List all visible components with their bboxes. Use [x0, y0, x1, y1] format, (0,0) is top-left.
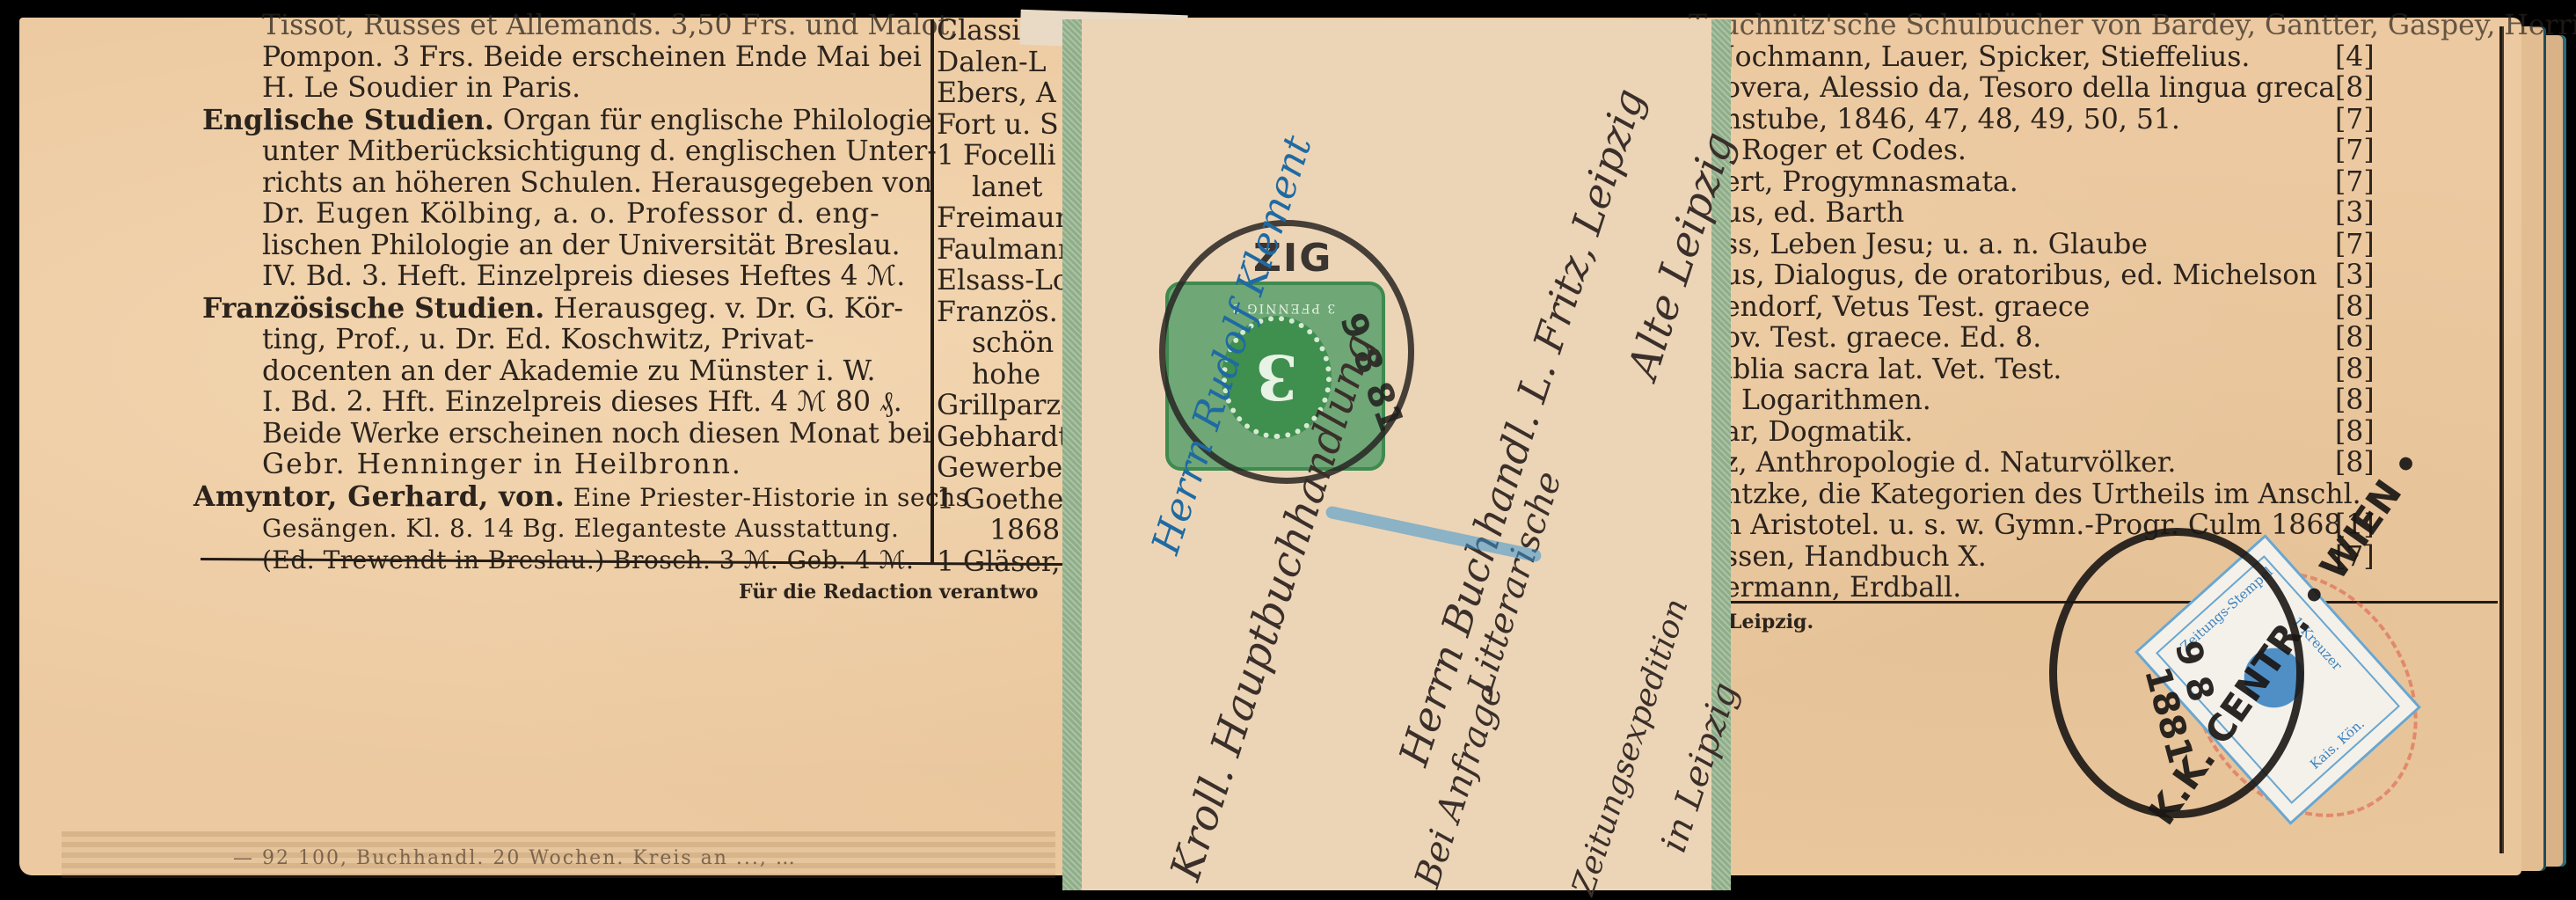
text-line: Gebr. Henninger in Heilbronn.: [202, 450, 932, 481]
editor-footer: Für die Redaction verantwo: [739, 581, 1038, 604]
entry-heading: Amyntor, Gerhard, von.: [193, 480, 565, 513]
column-divider: [930, 19, 934, 563]
bracket-number: [8]: [2335, 417, 2375, 449]
left-column: Tissot, Russes et Allemands. 3,50 Frs. u…: [202, 16, 932, 575]
line-text: ermann, Erdball.: [1724, 572, 1961, 604]
middle-column: Classiker Dalen-L Ebers, A Fort u. S 1 F…: [937, 16, 1064, 578]
text-line: docenten an der Akademie zu Münster i. W…: [202, 356, 932, 388]
bracket-number: [8]: [2335, 355, 2375, 386]
photo-background: — 92 100, Buchhandl. 20 Wochen. Kreis an…: [0, 0, 2576, 900]
text-line: ov. Test. graece. Ed. 8.[8]: [1724, 323, 2392, 355]
bracket-number: [7]: [2335, 167, 2375, 199]
bracket-number: [4]: [2335, 42, 2375, 74]
text-line: overa, Alessio da, Tesoro della lingua g…: [1724, 73, 2392, 105]
text-line: hohe: [937, 360, 1064, 391]
text-line: iblia sacra lat. Vet. Test.[8]: [1724, 355, 2392, 386]
line-text: , Logarithmen.: [1724, 384, 1931, 416]
line-text: ert, Progymnasmata.: [1724, 166, 2018, 198]
line-text: ssen, Handbuch X.: [1724, 541, 1987, 573]
text-line: Elsass-Lo: [937, 266, 1064, 297]
text-line: I. Bd. 2. Hft. Einzelpreis dieses Hft. 4…: [202, 387, 932, 419]
text-line: Dalen-L: [937, 48, 1064, 79]
text-line: , Roger et Codes.[7]: [1724, 135, 2392, 167]
line-text: us, Dialogus, de oratoribus, ed. Michels…: [1724, 260, 2317, 291]
text-line: lischen Philologie an der Universität Br…: [202, 230, 932, 262]
text-line: ar, Dogmatik.[8]: [1724, 417, 2392, 449]
line-text: iblia sacra lat. Vet. Test.: [1724, 354, 2062, 385]
bracket-number: [8]: [2335, 323, 2375, 355]
text-line: Grillparze: [937, 391, 1064, 422]
text-line: nstube, 1846, 47, 48, 49, 50, 51.[7]: [1724, 105, 2392, 136]
line-text: ar, Dogmatik.: [1724, 416, 1913, 448]
text-line: 1 Gläser,: [937, 547, 1064, 579]
entry-heading-line: Französische Studien. Herausgeg. v. Dr. …: [202, 293, 932, 326]
text-line: Tauchnitz'sche Schulbücher von Bardey, G…: [1689, 11, 2392, 42]
line-text: Tauchnitz'sche Schulbücher von Bardey, G…: [1689, 10, 2576, 41]
entry-text: Organ für englische Philologie: [494, 105, 932, 136]
text-line: Fort u. S: [937, 110, 1064, 142]
text-line: 1 Goethe's: [937, 485, 1064, 516]
text-line: Ebers, A: [937, 78, 1064, 110]
line-text: ntzke, die Kategorien des Urtheils im An…: [1724, 479, 2361, 510]
text-line: unter Mitberücksichtigung d. englischen …: [202, 136, 932, 168]
text-line: Dr. Eugen Kölbing, a. o. Professor d. en…: [202, 199, 932, 230]
bracket-number: [7]: [2335, 105, 2375, 136]
entry-heading: Englische Studien.: [202, 104, 494, 136]
entry-heading-line: Amyntor, Gerhard, von. Eine Priester-His…: [193, 481, 932, 514]
text-line: Jochmann, Lauer, Spicker, Stieffelius.[4…: [1724, 42, 2392, 74]
line-text: n Aristotel. u. s. w. Gymn.-Progr. Culm …: [1724, 509, 2341, 541]
text-line: Faulmann: [937, 235, 1064, 267]
bracket-number: [7]: [2335, 135, 2375, 167]
line-text: ov. Test. graece. Ed. 8.: [1724, 322, 2041, 354]
line-text: endorf, Vetus Test. graece: [1724, 291, 2090, 323]
place-footer: Leipzig.: [1728, 611, 1813, 633]
bracket-number: [3]: [2335, 198, 2375, 230]
line-text: Jochmann, Lauer, Spicker, Stieffelius.: [1724, 41, 2250, 73]
line-text: us, ed. Barth: [1724, 197, 1904, 229]
line-text: nstube, 1846, 47, 48, 49, 50, 51.: [1724, 104, 2180, 135]
text-line: Freimaur: [937, 203, 1064, 235]
line-text: , Roger et Codes.: [1724, 135, 1967, 166]
text-line: H. Le Soudier in Paris.: [202, 73, 932, 105]
text-line: lanet: [937, 172, 1064, 204]
entry-heading: Französische Studien.: [202, 292, 544, 325]
text-line: z, Anthropologie d. Naturvölker.[8]: [1724, 448, 2392, 479]
bracket-number: [8]: [2335, 292, 2375, 324]
bottom-edge-text: — 92 100, Buchhandl. 20 Wochen. Kreis an…: [233, 847, 797, 869]
text-line: richts an höheren Schulen. Herausgegeben…: [202, 168, 932, 200]
text-line: endorf, Vetus Test. graece[8]: [1724, 292, 2392, 324]
line-text: z, Anthropologie d. Naturvölker.: [1724, 447, 2176, 479]
text-line: , Logarithmen.[8]: [1724, 385, 2392, 417]
text-line: Gesängen. Kl. 8. 14 Bg. Eleganteste Auss…: [202, 513, 932, 545]
entry-heading-line: Englische Studien. Organ für englische P…: [202, 105, 932, 137]
text-line: Gebhardt,: [937, 422, 1064, 454]
text-line: ntzke, die Kategorien des Urtheils im An…: [1724, 479, 2392, 511]
entry-text: Herausgeg. v. Dr. G. Kör-: [544, 293, 903, 325]
text-line: ting, Prof., u. Dr. Ed. Koschwitz, Priva…: [202, 325, 932, 356]
bracket-number: [8]: [2335, 448, 2375, 479]
text-line: 1868: [937, 516, 1064, 547]
bracket-number: [3]: [2335, 260, 2375, 292]
text-line: ss, Leben Jesu; u. a. n. Glaube[7]: [1724, 230, 2392, 261]
text-line: IV. Bd. 3. Heft. Einzelpreis dieses Heft…: [202, 261, 932, 293]
text-line: us, Dialogus, de oratoribus, ed. Michels…: [1724, 260, 2392, 292]
text-line: schön: [937, 328, 1064, 360]
line-text: overa, Alessio da, Tesoro della lingua g…: [1724, 72, 2335, 104]
text-line: ert, Progymnasmata.[7]: [1724, 167, 2392, 199]
text-line: Tissot, Russes et Allemands. 3,50 Frs. u…: [202, 11, 932, 42]
bracket-number: [8]: [2335, 385, 2375, 417]
bracket-number: [7]: [2335, 230, 2375, 261]
text-line: Beide Werke erscheinen noch diesen Monat…: [202, 419, 932, 450]
text-line: us, ed. Barth[3]: [1724, 198, 2392, 230]
text-line: n Aristotel. u. s. w. Gymn.-Progr. Culm …: [1724, 510, 2392, 542]
text-line: Gewerbeh: [937, 453, 1064, 485]
line-text: ss, Leben Jesu; u. a. n. Glaube: [1724, 229, 2148, 260]
text-line: Pompon. 3 Frs. Beide erscheinen Ende Mai…: [202, 42, 932, 74]
right-column: Tauchnitz'sche Schulbücher von Bardey, G…: [1724, 16, 2392, 604]
entry-text: Eine Priester-Historie in sechs: [565, 483, 968, 512]
text-line: 1 Focelli: [937, 141, 1064, 172]
bracket-number: [8]: [2335, 73, 2375, 105]
sheet-border: [2499, 26, 2502, 853]
text-line: Französ.: [937, 297, 1064, 329]
